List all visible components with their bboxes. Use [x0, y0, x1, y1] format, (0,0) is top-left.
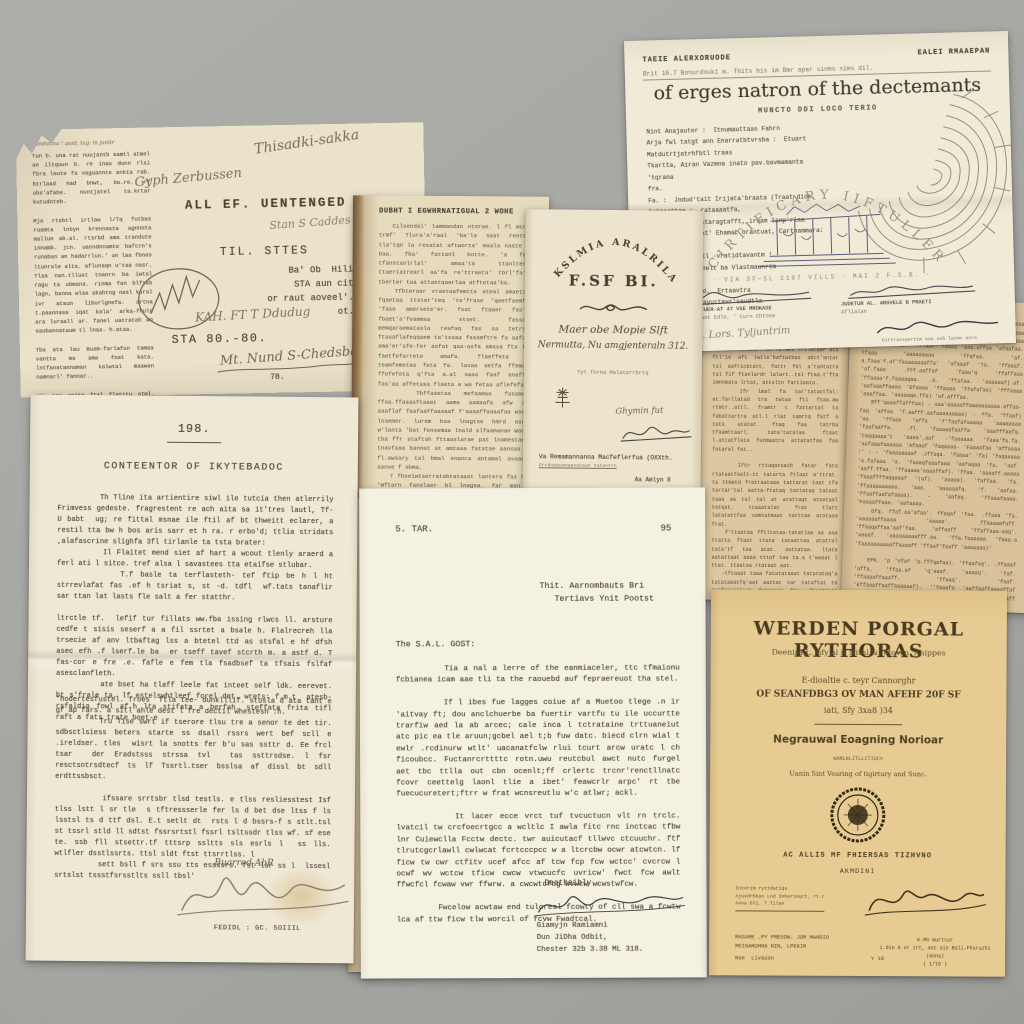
cover-left-block: Interim ryttdatiqa Ajuvdrhkan Lnd Inbert…	[735, 885, 824, 911]
note-card-column-header: Sandunna ! quid, tag: in junlir	[32, 139, 152, 147]
letter-body-lower: 'hodertesfustel. froes ftla tee- dunklll…	[54, 695, 332, 884]
cover-line1: E-dioaltie c. teyr Cannorghr	[711, 675, 1007, 686]
crest-mark	[553, 385, 571, 409]
letter-ink-signature	[533, 889, 689, 920]
booklet-page-header: DUBHT I EGWHRNATIGUAL 2 WOHE	[379, 208, 514, 217]
certificate-arc-text: CIRTIFICARY IIFTULLERTI	[682, 140, 949, 275]
certificate-header-left: TAEIE ALERXORUODE	[642, 54, 731, 64]
cover-line3: iati, Sfy 3xa8 )34	[710, 705, 1006, 716]
cover-rule	[814, 724, 902, 725]
cover-motto2: AKMDINI	[710, 867, 1006, 877]
signature-flourish	[216, 351, 366, 376]
arched-title-and-building-sketch: CIRTIFICARY IIFTULLERTI	[689, 150, 962, 287]
number-underline	[167, 442, 221, 443]
letter-ref: 5. TAR.	[395, 524, 433, 534]
letter-page-number: 95	[660, 524, 671, 534]
note-card-title: ALL EF. UENTENGED	[185, 196, 347, 213]
booklet-corner-note: Aa Amlyn 8	[635, 476, 671, 483]
letter-salutation: The S.A.L. GOST:	[396, 640, 476, 649]
cover-bottom-right: K.MG Wurtcur i.din 8 or irt, anc ain Bal…	[877, 936, 993, 969]
cover-bottom-left: MASARE .PY PRESOW. JUM MAHDIO REIGANUHHA…	[735, 933, 829, 951]
note-card-page-number: 78.	[270, 373, 285, 382]
booklet-line2: Nermutta, Nu amgjenteraln 312.	[524, 340, 702, 352]
letter-closing: Buarred AbR	[214, 858, 273, 869]
booklet-imprint2: Errduaayanaavataun tatantrn	[539, 463, 617, 469]
cover-small1: WARLNLITLLITIUCV	[710, 755, 1006, 763]
cover-section: Negrauwal Eoagning Norioar	[710, 733, 1006, 747]
pencil-note: S. Lors. Tyljuntrim	[695, 325, 790, 342]
booklet-handwritten-note: Ghymin fut	[615, 406, 663, 417]
booklet-signature-ink	[619, 422, 693, 445]
note-card-subtitle: TIL. STTES	[220, 244, 309, 259]
signature-lower-ink	[871, 315, 1001, 338]
letter-signer-line2: Dun JiDha Odbit,	[537, 934, 608, 942]
svg-text:CIRTIFICARY IIFTULLERTI: CIRTIFICARY IIFTULLERTI	[682, 140, 949, 275]
cover-small2: Uanin Sint Vearing of tigirtury and Sunc…	[710, 769, 1006, 779]
booklet-imprint: Va Remamannanna Macfeflerfua (OXXth.	[539, 453, 673, 461]
cover-bottom-left2: Nae Livauan Y 18	[735, 955, 884, 962]
folded-page-left: ·ftaldt ..ltcir. bt fb.abt frtlwtadr ata…	[699, 338, 848, 601]
booklet-title-page: KSLMIA ARALRILAO F.SF BI. Maer obe Mopie…	[523, 209, 704, 497]
photograph-of-documents: Sandunna ! quid, tag: in junlir Tun b. u…	[0, 0, 1024, 1024]
booklet-line1: Maer obe Mopie Slft	[524, 323, 702, 337]
signature-right-ink	[846, 280, 976, 301]
pencil-scribble-circle	[136, 262, 223, 336]
cover-ink-signature	[861, 882, 991, 921]
typed-letter-large: 198. CONTEENTOR OF IKYTEBADOC Th Tline i…	[26, 395, 359, 964]
certificate-sig-right-typed: JUDETUR AL. ARGVELE B PRAETI	[841, 299, 932, 307]
booklet-text-page: DUBHT I EGWHRNATIGUAL 2 WOHE Cilsendal' …	[351, 195, 549, 508]
note-card-station: STA 80.-80.	[171, 331, 267, 347]
handwritten-annotation-mid: Stan S Caddes	[269, 213, 351, 232]
letter-heading: CONTEENTOR OF IKYTEBADOC	[30, 461, 358, 475]
letter-address-block: Thit. Aarnombauts Bri Tertiavs Ynit Poot…	[539, 580, 654, 607]
ornament-swirl	[576, 300, 650, 317]
paper-stain	[266, 867, 337, 928]
letter-body-upper: Th Tline ita artientire siwl ile tutcia …	[56, 493, 334, 726]
handwritten-annotation-top: Thisadki-sakka	[253, 127, 360, 158]
booklet-cover: WERDEN PORGAL RYTHORAS Deenira L. tify a…	[709, 589, 1007, 977]
certificate-header-right: EALEI RMAAEPAN	[917, 47, 990, 57]
letter-signer-line3: Chester 32b 3.38 ML 318.	[537, 946, 643, 954]
letter-typed-name: FEDIDL : GC. SOIIIL	[214, 924, 301, 933]
cover-line2: OF SEANFDBG3 OV MAN AFEHF 20F SF	[710, 689, 1006, 701]
letter-signer-name: Giamyjn Ramiamni	[537, 922, 608, 930]
certificate-sig-right-typed2: Aflialan	[841, 309, 867, 316]
certificate-sig-right-small: birtravsaerttm aaa anb latmn anra	[882, 336, 977, 343]
folded-page-right-text: Iaaaaaa'b'faaataaaaaa)' : - D'avaf faaa …	[853, 307, 1024, 612]
cover-subtitle: Deenira L. tify al it Nithl &. Movrn. Ah…	[711, 647, 1007, 658]
seal-emblem	[830, 786, 886, 844]
booklet-small-line: Tyt forna Malatorrbrtq	[524, 369, 702, 377]
typed-letter-page: 5. TAR. 95 Thit. Aarnombauts Bri Tertiav…	[359, 487, 707, 978]
cover-motto: AC ALLIS MF FHIERSAS TIZHVNO	[710, 851, 1006, 861]
letter-number: 198.	[30, 421, 358, 438]
letter-closing-word: Deatheibly .	[545, 880, 601, 888]
booklet-title: F.SF BI.	[525, 271, 703, 291]
letter-body: Tia a nal a lerre of the eanmiaceler, tt…	[396, 663, 681, 926]
